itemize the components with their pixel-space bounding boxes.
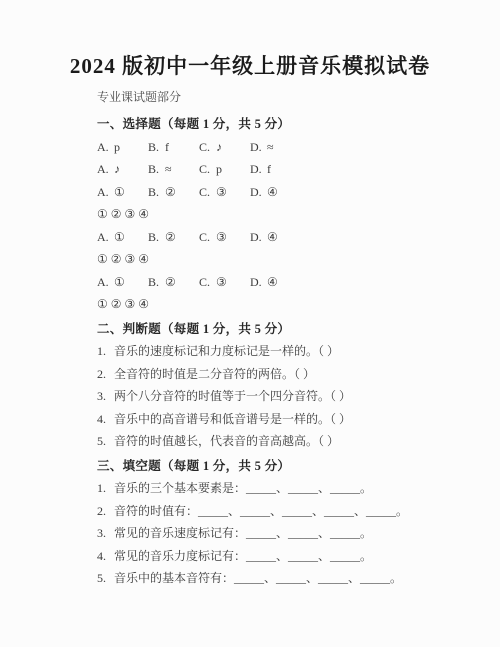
option-value: f <box>165 136 169 159</box>
option-value: ① <box>114 181 125 204</box>
choice-option: C.p <box>199 158 250 181</box>
question-text: 音乐中的基本音符有：_____、_____、_____、_____。 <box>114 567 450 590</box>
fill-question-row: 3. 常见的音乐速度标记有：_____、_____、_____。 <box>97 522 450 545</box>
choice-option: D.≈ <box>250 136 301 159</box>
choice-option: C.③ <box>199 271 250 294</box>
choice-option: B.② <box>148 271 199 294</box>
option-letter: C. <box>199 226 216 249</box>
option-value: f <box>267 158 271 181</box>
choice-option-row: A.① B.② C.③ D.④ <box>97 226 450 249</box>
choice-option: A.♪ <box>97 158 148 181</box>
question-number: 4. <box>97 545 114 568</box>
option-letter: C. <box>199 158 216 181</box>
option-value: ③ <box>216 226 227 249</box>
judgment-question-row: 2. 全音符的时值是二分音符的两倍。（ ） <box>97 363 450 386</box>
judgment-question-row: 5. 音符的时值越长，代表音的音高越高。（ ） <box>97 430 450 453</box>
option-value: p <box>216 158 222 181</box>
question-text: 音符的时值越长，代表音的音高越高。（ ） <box>114 430 450 453</box>
choice-option: D.④ <box>250 181 301 204</box>
exam-subtitle: 专业课试题部分 <box>97 89 450 105</box>
question-number: 3. <box>97 522 114 545</box>
exam-paper-page: 2024 版初中一年级上册音乐模拟试卷 专业课试题部分 一、选择题（每题 1 分… <box>0 0 500 647</box>
option-letter: D. <box>250 181 267 204</box>
fill-question-row: 1. 音乐的三个基本要素是：_____、_____、_____。 <box>97 477 450 500</box>
option-letter: A. <box>97 158 114 181</box>
choice-option-row: A.♪ B.≈ C.p D.f <box>97 158 450 181</box>
choice-option: C.③ <box>199 181 250 204</box>
choice-option-row: A.① B.② C.③ D.④ <box>97 271 450 294</box>
choice-option: B.f <box>148 136 199 159</box>
choice-option: C.♪ <box>199 136 250 159</box>
question-text: 常见的音乐速度标记有：_____、_____、_____。 <box>114 522 450 545</box>
choice-option: D.④ <box>250 226 301 249</box>
choice-option: A.p <box>97 136 148 159</box>
judgment-question-row: 3. 两个八分音符的时值等于一个四分音符。（ ） <box>97 385 450 408</box>
question-text: 音乐中的高音谱号和低音谱号是一样的。（ ） <box>114 408 450 431</box>
choice-stem-row: ① ② ③ ④ <box>97 203 450 226</box>
option-letter: D. <box>250 271 267 294</box>
fill-question-row: 4. 常见的音乐力度标记有：_____、_____、_____。 <box>97 545 450 568</box>
choice-option: B.② <box>148 226 199 249</box>
question-text: 两个八分音符的时值等于一个四分音符。（ ） <box>114 385 450 408</box>
question-text: 音乐的速度标记和力度标记是一样的。（ ） <box>114 340 450 363</box>
option-value: ④ <box>267 271 278 294</box>
fill-question-row: 5. 音乐中的基本音符有：_____、_____、_____、_____。 <box>97 567 450 590</box>
option-value: ≈ <box>267 136 274 159</box>
option-letter: C. <box>199 271 216 294</box>
judgment-question-row: 1. 音乐的速度标记和力度标记是一样的。（ ） <box>97 340 450 363</box>
option-value: ③ <box>216 181 227 204</box>
choice-option: D.④ <box>250 271 301 294</box>
option-letter: A. <box>97 181 114 204</box>
question-number: 5. <box>97 430 114 453</box>
exam-body: 专业课试题部分 一、选择题（每题 1 分，共 5 分） A.p B.f C.♪ … <box>0 89 500 590</box>
option-letter: B. <box>148 136 165 159</box>
option-value eighth-note-symbol: ♪ <box>216 136 222 159</box>
judgment-question-row: 4. 音乐中的高音谱号和低音谱号是一样的。（ ） <box>97 408 450 431</box>
question-number: 1. <box>97 477 114 500</box>
option-letter: D. <box>250 158 267 181</box>
option-value: ① <box>114 271 125 294</box>
question-number: 3. <box>97 385 114 408</box>
fill-question-row: 2. 音符的时值有：_____、_____、_____、_____、_____。 <box>97 500 450 523</box>
option-value: ④ <box>267 226 278 249</box>
choice-option-row: A.① B.② C.③ D.④ <box>97 181 450 204</box>
choice-option: A.① <box>97 271 148 294</box>
option-letter: C. <box>199 181 216 204</box>
option-value: ① <box>114 226 125 249</box>
choice-option: B.② <box>148 181 199 204</box>
option-letter: D. <box>250 226 267 249</box>
option-letter: B. <box>148 181 165 204</box>
option-value: ④ <box>267 181 278 204</box>
section-heading-fill: 三、填空题（每题 1 分，共 5 分） <box>97 455 450 478</box>
choice-option: C.③ <box>199 226 250 249</box>
option-letter: A. <box>97 271 114 294</box>
section-heading-choice: 一、选择题（每题 1 分，共 5 分） <box>97 113 450 136</box>
choice-option: A.① <box>97 181 148 204</box>
option-value: ③ <box>216 271 227 294</box>
choice-stem-row: ① ② ③ ④ <box>97 248 450 271</box>
option-value: p <box>114 136 120 159</box>
option-value eighth-note-symbol: ♪ <box>114 158 120 181</box>
question-number: 2. <box>97 500 114 523</box>
choice-option-row: A.p B.f C.♪ D.≈ <box>97 136 450 159</box>
option-letter: B. <box>148 158 165 181</box>
option-value: ② <box>165 271 176 294</box>
option-value: ② <box>165 181 176 204</box>
question-number: 5. <box>97 567 114 590</box>
option-letter: B. <box>148 271 165 294</box>
choice-option: D.f <box>250 158 301 181</box>
question-number: 4. <box>97 408 114 431</box>
choice-option: B.≈ <box>148 158 199 181</box>
question-number: 1. <box>97 340 114 363</box>
option-letter: A. <box>97 136 114 159</box>
choice-stem-row: ① ② ③ ④ <box>97 293 450 316</box>
question-number: 2. <box>97 363 114 386</box>
option-letter: B. <box>148 226 165 249</box>
option-value: ② <box>165 226 176 249</box>
question-text: 全音符的时值是二分音符的两倍。（ ） <box>114 363 450 386</box>
section-heading-judgment: 二、判断题（每题 1 分，共 5 分） <box>97 318 450 341</box>
choice-option: A.① <box>97 226 148 249</box>
option-letter: A. <box>97 226 114 249</box>
question-text: 音乐的三个基本要素是：_____、_____、_____。 <box>114 477 450 500</box>
option-letter: C. <box>199 136 216 159</box>
question-text: 常见的音乐力度标记有：_____、_____、_____。 <box>114 545 450 568</box>
exam-title: 2024 版初中一年级上册音乐模拟试卷 <box>0 0 500 81</box>
question-text: 音符的时值有：_____、_____、_____、_____、_____。 <box>114 500 450 523</box>
option-value: ≈ <box>165 158 172 181</box>
option-letter: D. <box>250 136 267 159</box>
